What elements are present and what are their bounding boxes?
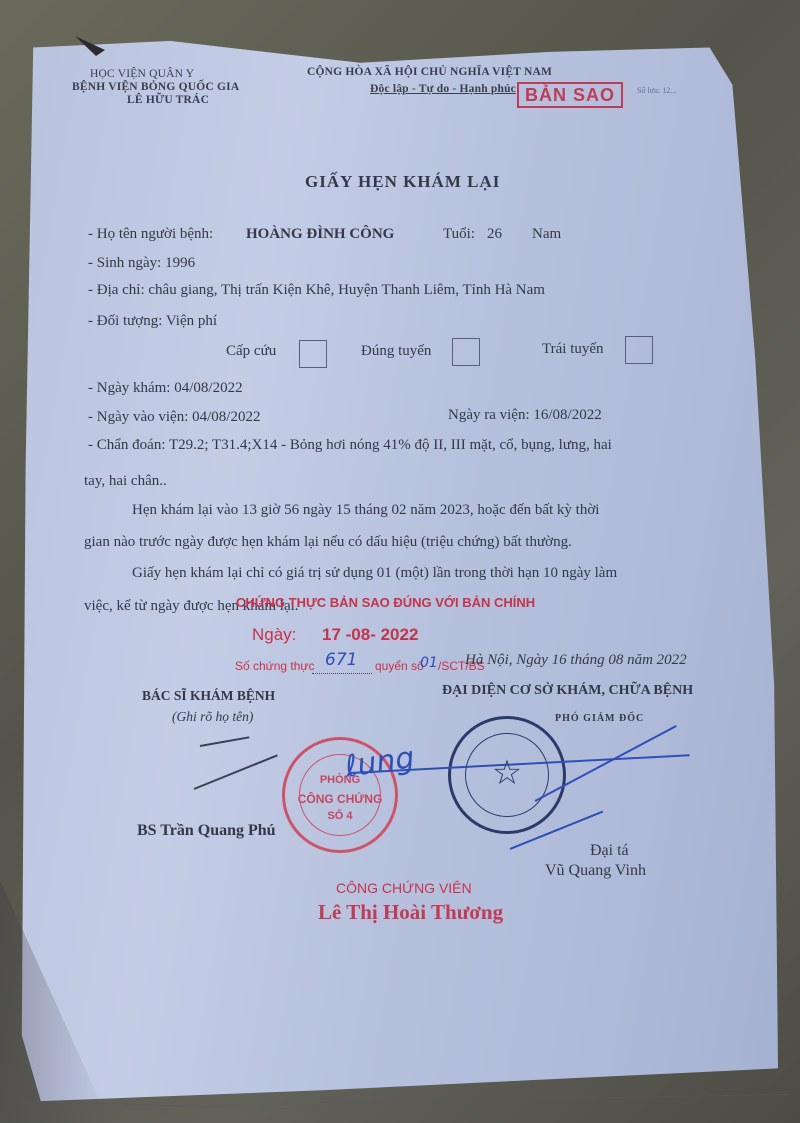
cert-number-dots <box>312 673 372 674</box>
doctor-heading: BÁC SĨ KHÁM BỆNH <box>142 688 275 704</box>
star-icon: ☆ <box>451 753 563 793</box>
seal-line-3: SỐ 4 <box>285 810 395 822</box>
notary-title: CÔNG CHỨNG VIÊN <box>336 880 472 896</box>
diagnosis-line-2: tay, hai chân.. <box>84 473 167 490</box>
document-title: GIẤY HẸN KHÁM LẠI <box>305 172 500 192</box>
diagnosis-line-1: - Chẩn đoán: T29.2; T31.4;X14 - Bỏng hơi… <box>88 437 612 454</box>
appointment-line-2: gian nào trước ngày được hẹn khám lại nế… <box>84 534 572 551</box>
category-line: - Đối tượng: Viện phí <box>88 313 217 330</box>
header-left-line2: BỆNH VIỆN BỎNG QUỐC GIA <box>72 81 239 93</box>
director-rank: Đại tá <box>590 842 629 860</box>
place-date: Hà Nội, Ngày 16 tháng 08 năm 2022 <box>465 652 687 669</box>
checkbox-label-correct-route: Đúng tuyến <box>361 343 431 360</box>
checkbox-emergency <box>299 340 327 368</box>
patient-name: HOÀNG ĐÌNH CÔNG <box>246 226 394 243</box>
age-label: Tuổi: <box>443 226 475 243</box>
checkbox-label-emergency: Cấp cứu <box>226 343 276 360</box>
checkbox-correct-route <box>452 338 480 366</box>
certification-date-label: Ngày: <box>252 625 296 645</box>
appointment-line-1: Hẹn khám lại vào 13 giờ 56 ngày 15 tháng… <box>132 502 599 519</box>
notary-name: Lê Thị Hoài Thương <box>318 900 503 925</box>
director-name: Vũ Quang Vinh <box>545 862 646 880</box>
header-motto: Độc lập - Tự do - Hạnh phúc <box>370 83 516 95</box>
validity-line-1: Giấy hẹn khám lại chỉ có giá trị sử dụng… <box>132 565 617 582</box>
header-left-line1: HỌC VIỆN QUÂN Y <box>90 68 194 80</box>
header-left-line3: LÊ HỮU TRÁC <box>127 94 209 106</box>
facility-heading: ĐẠI DIỆN CƠ SỞ KHÁM, CHỮA BỆNH <box>442 683 693 699</box>
copy-stamp: BẢN SAO <box>517 82 623 108</box>
form-code: Số lưu: 12... <box>637 86 676 95</box>
seal-line-2: CÔNG CHỨNG <box>285 792 395 806</box>
certification-date: 17 -08- 2022 <box>322 625 418 645</box>
book-number-handwritten: 01 <box>420 655 438 671</box>
checkbox-wrong-route <box>625 336 653 364</box>
gender: Nam <box>532 226 561 243</box>
admission-date: - Ngày vào viện: 04/08/2022 <box>88 409 260 426</box>
book-label: quyển số <box>375 659 424 673</box>
exam-date: - Ngày khám: 04/08/2022 <box>88 380 243 397</box>
doctor-name: BS Trần Quang Phú <box>137 822 276 840</box>
cert-number-handwritten: 671 <box>325 650 357 670</box>
age-value: 26 <box>487 226 502 243</box>
perforation-2 <box>320 1094 790 1103</box>
address-line: - Địa chỉ: châu giang, Thị trấn Kiện Khê… <box>88 282 545 299</box>
cert-number-label: Số chứng thực <box>235 659 314 673</box>
header-national-title: CỘNG HÒA XÃ HỘI CHỦ NGHĨA VIỆT NAM <box>307 66 552 78</box>
certification-heading: CHỨNG THỰC BẢN SAO ĐÚNG VỚI BẢN CHÍNH <box>236 595 535 610</box>
dob-line: - Sinh ngày: 1996 <box>88 255 195 272</box>
hospital-seal: ☆ <box>448 716 566 834</box>
doctor-note: (Ghi rõ họ tên) <box>172 709 253 725</box>
discharge-date: Ngày ra viện: 16/08/2022 <box>448 407 602 424</box>
patient-name-label: - Họ tên người bệnh: <box>88 226 213 243</box>
deputy-director-stamp: PHÓ GIÁM ĐỐC <box>555 713 644 724</box>
checkbox-label-wrong-route: Trái tuyến <box>542 341 604 358</box>
